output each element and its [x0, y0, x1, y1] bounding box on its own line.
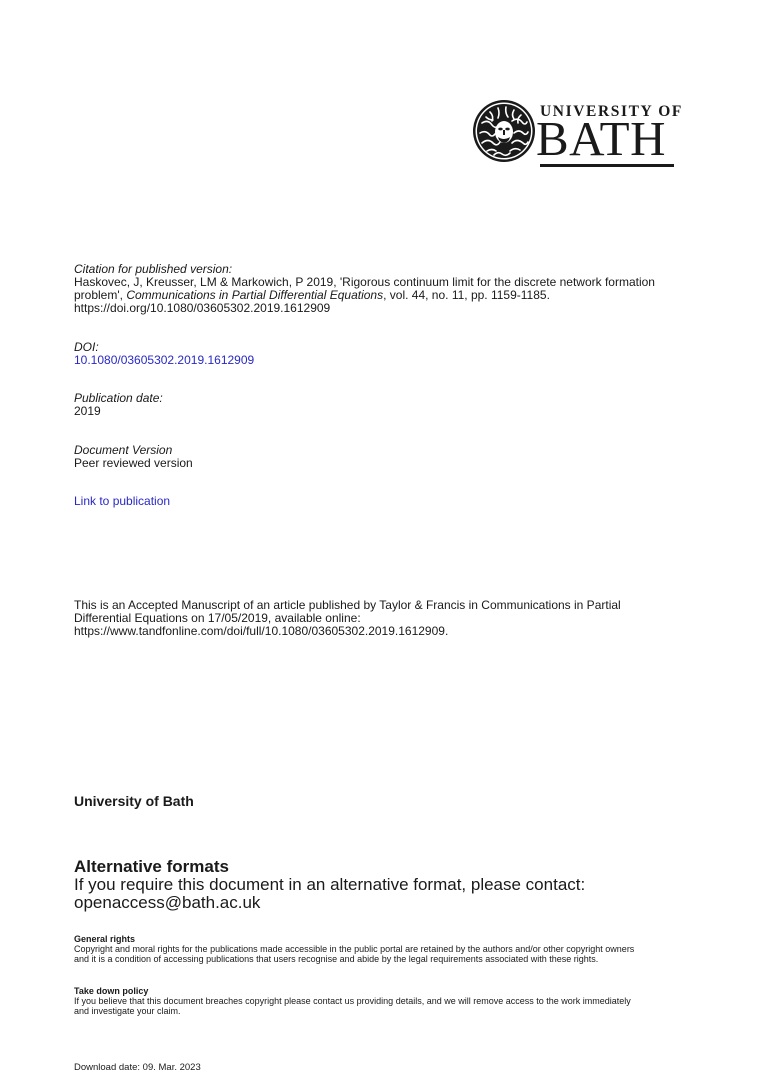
take-down-line-1: If you believe that this document breach… [74, 996, 754, 1006]
doi-block: DOI: 10.1080/03605302.2019.1612909 [74, 341, 254, 367]
document-version-block: Document Version Peer reviewed version [74, 444, 193, 470]
take-down-heading: Take down policy [74, 986, 754, 996]
logo-underline [540, 164, 674, 167]
alternative-formats-heading: Alternative formats [74, 858, 754, 876]
publication-date-value: 2019 [74, 405, 163, 418]
take-down-line-2: and investigate your claim. [74, 1006, 754, 1016]
citation-doi-url: https://doi.org/10.1080/03605302.2019.16… [74, 302, 734, 315]
general-rights-line-2: and it is a condition of accessing publi… [74, 954, 754, 964]
take-down-policy-block: Take down policy If you believe that thi… [74, 986, 754, 1016]
accepted-manuscript-url: https://www.tandfonline.com/doi/full/10.… [74, 625, 734, 638]
citation-journal: Communications in Partial Differential E… [126, 288, 383, 302]
general-rights-heading: General rights [74, 934, 754, 944]
citation-line-2-pre: problem', [74, 288, 126, 302]
citation-line-2-post: , vol. 44, no. 11, pp. 1159-1185. [383, 288, 550, 302]
citation-block: Citation for published version: Haskovec… [74, 263, 734, 315]
alternative-formats-line-1: If you require this document in an alter… [74, 876, 754, 894]
general-rights-line-1: Copyright and moral rights for the publi… [74, 944, 754, 954]
link-to-publication-block: Link to publication [74, 495, 170, 508]
sulis-minerva-head-seal-icon [472, 99, 536, 163]
doi-link[interactable]: 10.1080/03605302.2019.1612909 [74, 353, 254, 367]
publication-date-block: Publication date: 2019 [74, 392, 163, 418]
general-rights-block: General rights Copyright and moral right… [74, 934, 754, 964]
alternative-formats-block: Alternative formats If you require this … [74, 858, 754, 912]
logo-bath: BATH [536, 115, 666, 163]
university-of-bath-logo: UNIVERSITY OF BATH [472, 97, 676, 169]
institution-heading: University of Bath [74, 793, 194, 809]
document-version-value: Peer reviewed version [74, 457, 193, 470]
accepted-manuscript-block: This is an Accepted Manuscript of an art… [74, 599, 734, 638]
link-to-publication[interactable]: Link to publication [74, 494, 170, 508]
download-date: Download date: 09. Mar. 2023 [74, 1062, 201, 1073]
alternative-formats-email: openaccess@bath.ac.uk [74, 894, 754, 912]
